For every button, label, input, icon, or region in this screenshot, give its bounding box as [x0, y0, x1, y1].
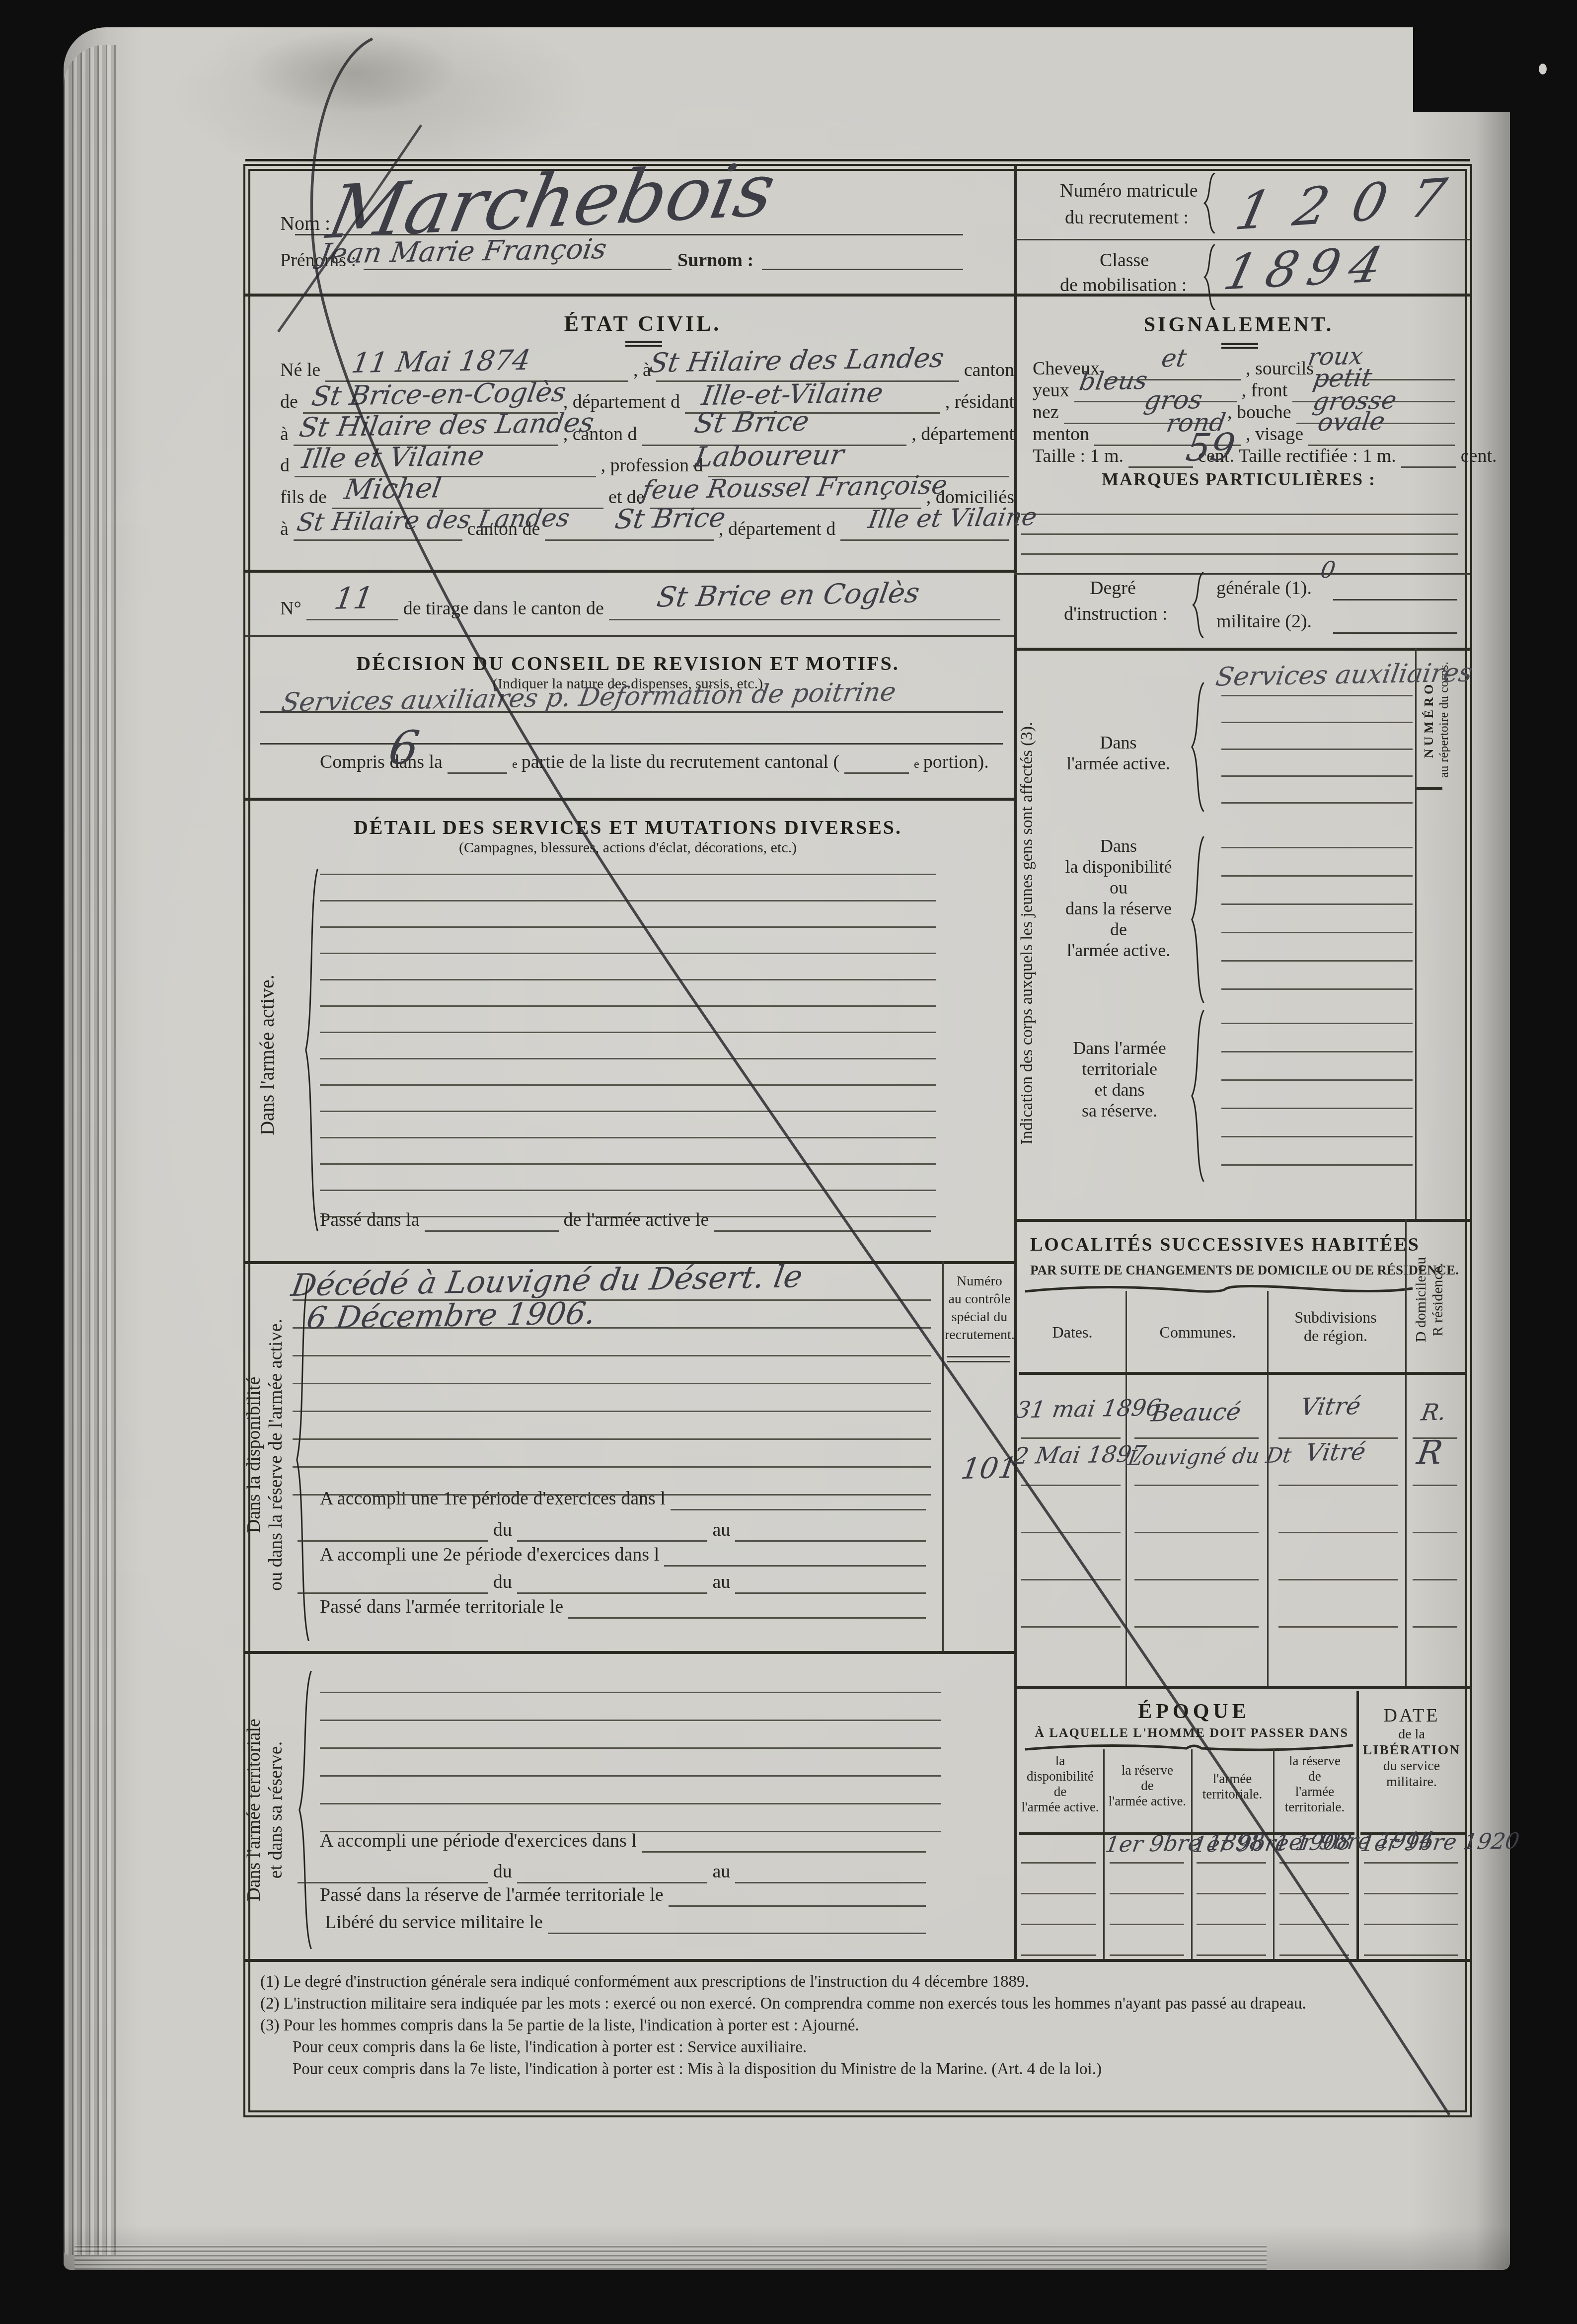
cancellation-stroke-cross [278, 125, 421, 332]
cancellation-strokes [0, 0, 1577, 2324]
cancellation-stroke-main [311, 39, 1449, 2115]
